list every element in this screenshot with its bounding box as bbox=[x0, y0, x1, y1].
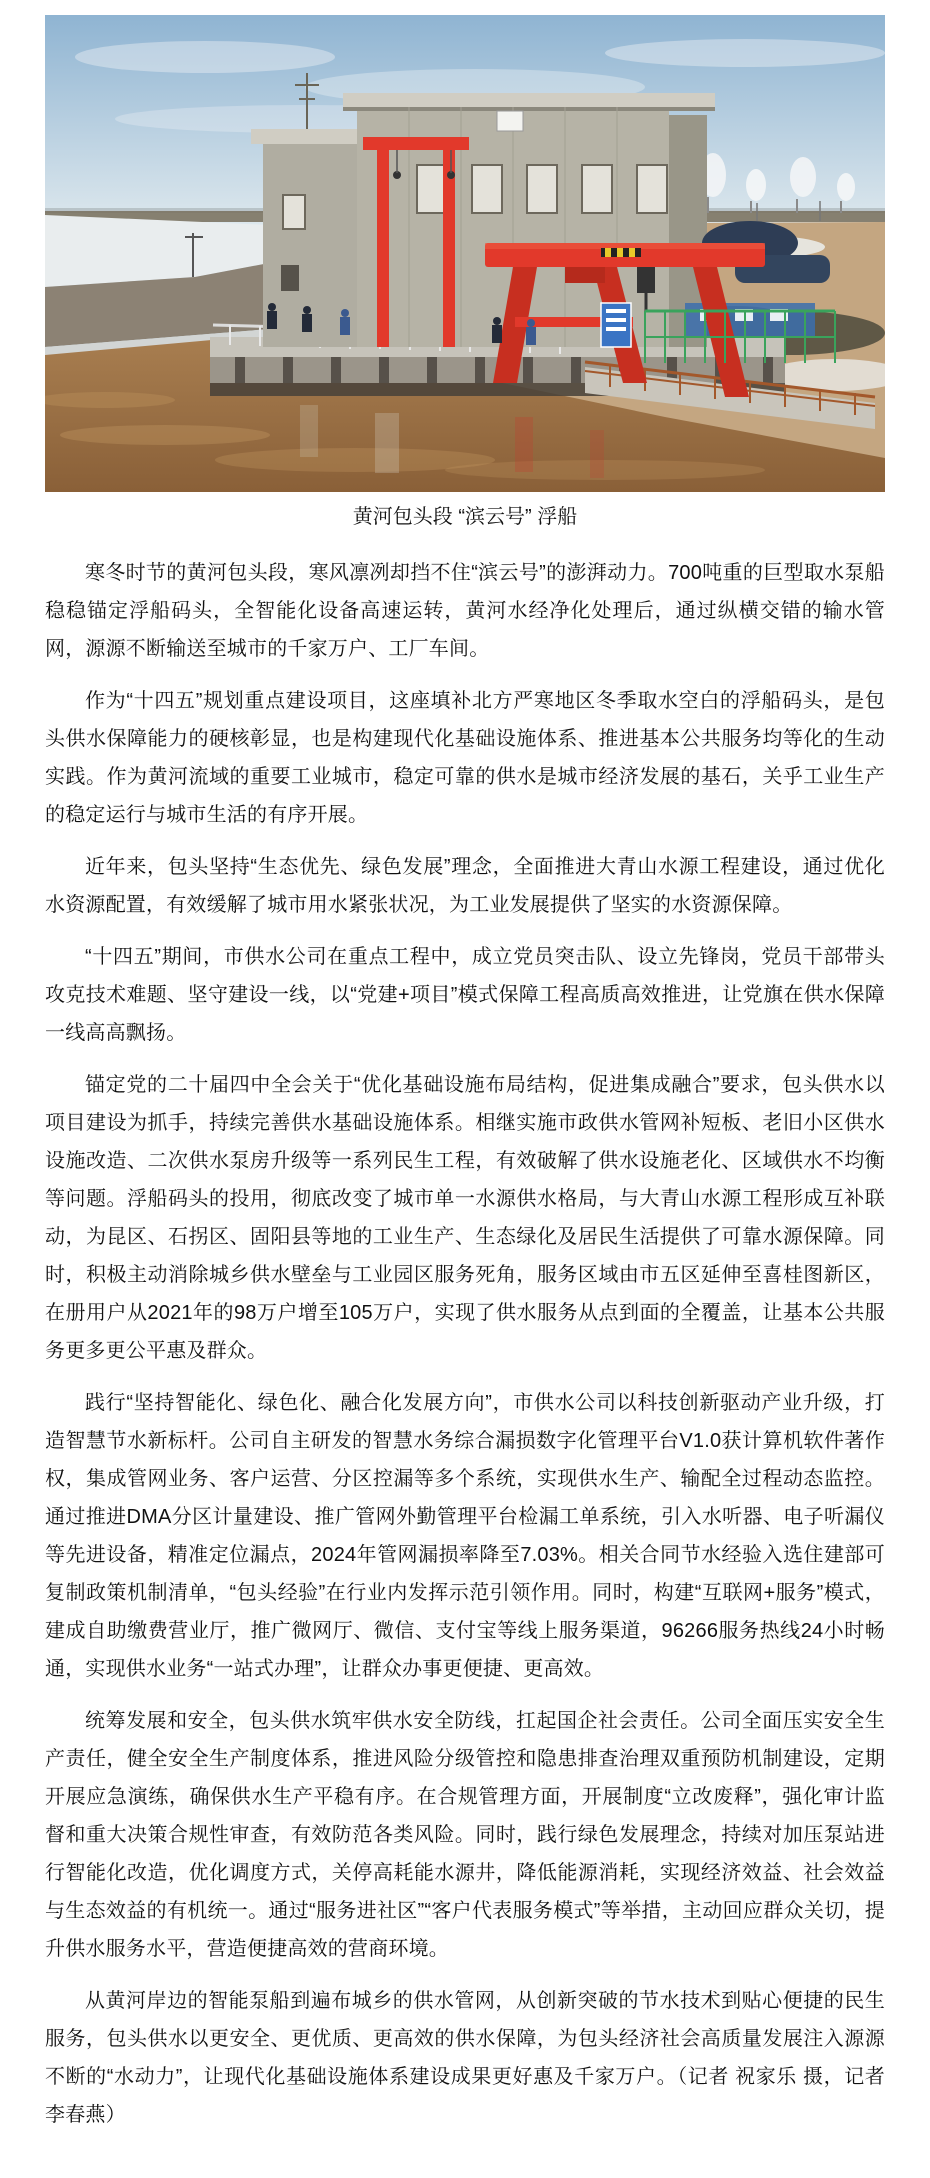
article-paragraph: 统筹发展和安全，包头供水筑牢供水安全防线，扛起国企社会责任。公司全面压实安全生产… bbox=[45, 1702, 885, 1968]
article-photo bbox=[45, 15, 885, 492]
article-paragraph: 从黄河岸边的智能泵船到遍布城乡的供水管网，从创新突破的节水技术到贴心便捷的民生服… bbox=[45, 1982, 885, 2134]
article-body: 寒冬时节的黄河包头段，寒风凛冽却挡不住“滨云号”的澎湃动力。700吨重的巨型取水… bbox=[45, 554, 885, 2134]
warning-sign bbox=[601, 303, 631, 347]
article-paragraph: “十四五”期间，市供水公司在重点工程中，成立党员突击队、设立先锋岗，党员干部带头… bbox=[45, 938, 885, 1052]
article-page: 黄河包头段 “滨云号” 浮船 寒冬时节的黄河包头段，寒风凛冽却挡不住“滨云号”的… bbox=[0, 0, 930, 2178]
article-paragraph: 践行“坚持智能化、绿色化、融合化发展方向”，市供水公司以科技创新驱动产业升级，打… bbox=[45, 1384, 885, 1688]
pump-station-photo-illustration bbox=[45, 15, 885, 492]
article-paragraph: 寒冬时节的黄河包头段，寒风凛冽却挡不住“滨云号”的澎湃动力。700吨重的巨型取水… bbox=[45, 554, 885, 668]
article-paragraph: 锚定党的二十届四中全会关于“优化基础设施布局结构，促进集成融合”要求，包头供水以… bbox=[45, 1066, 885, 1370]
article-paragraph: 近年来，包头坚持“生态优先、绿色发展”理念，全面推进大青山水源工程建设，通过优化… bbox=[45, 848, 885, 924]
article-paragraph: 作为“十四五”规划重点建设项目，这座填补北方严寒地区冬季取水空白的浮船码头，是包… bbox=[45, 682, 885, 834]
photo-caption: 黄河包头段 “滨云号” 浮船 bbox=[45, 504, 885, 530]
